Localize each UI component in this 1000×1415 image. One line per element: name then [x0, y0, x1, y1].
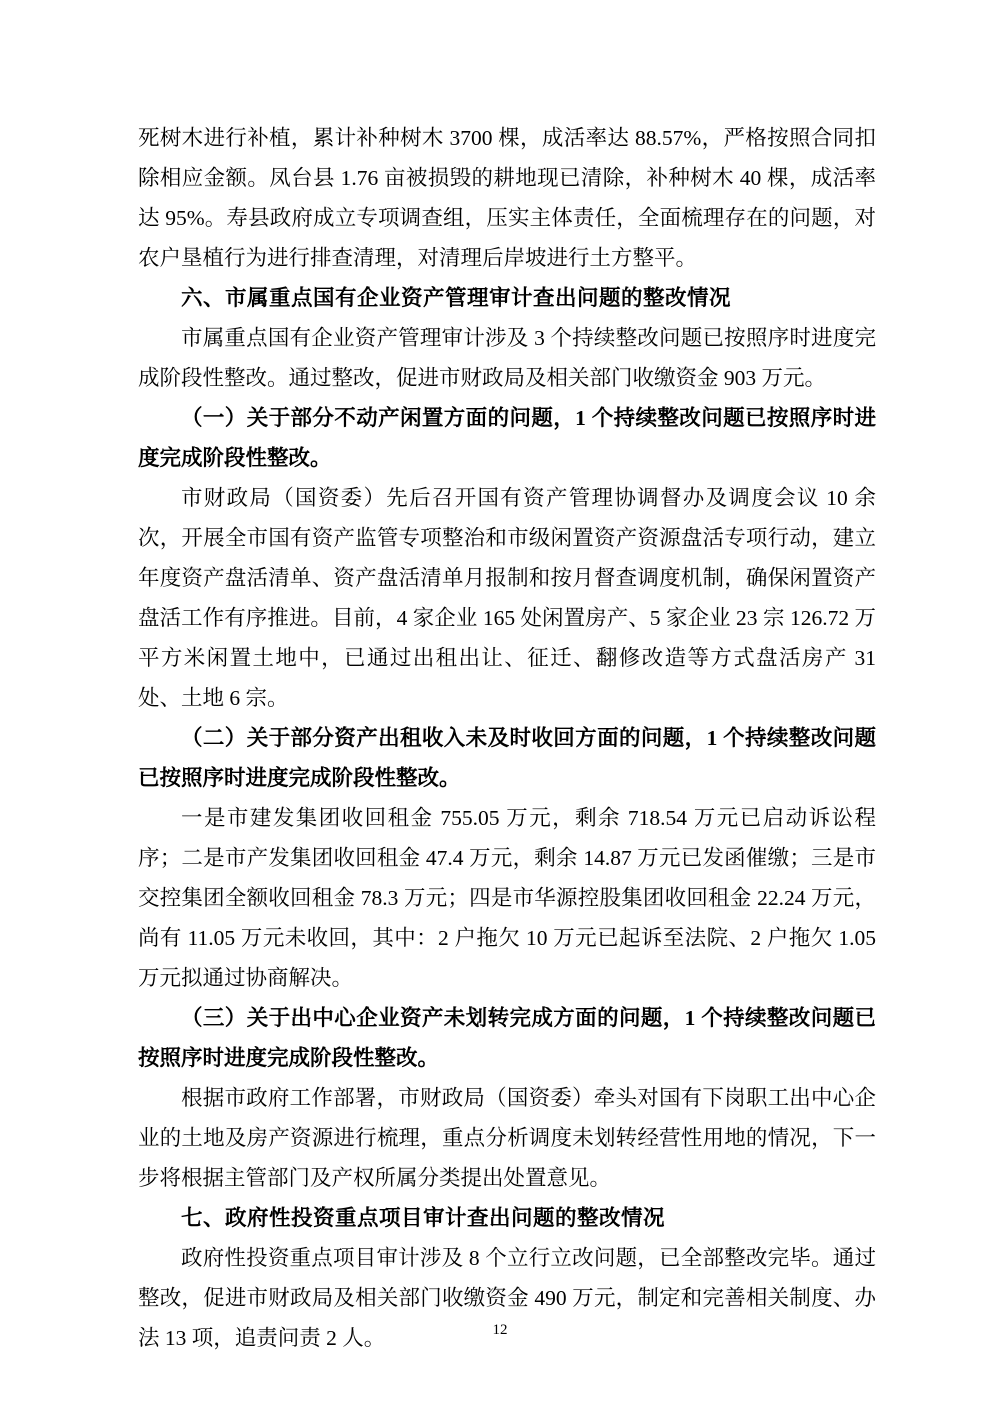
continuation-paragraph: 死树木进行补植，累计补种树木 3700 棵，成活率达 88.57%，严格按照合同… — [138, 118, 876, 278]
subsection-heading: （一）关于部分不动产闲置方面的问题，1 个持续整改问题已按照序时进度完成阶段性整… — [138, 398, 876, 478]
body-paragraph: 根据市政府工作部署，市财政局（国资委）牵头对国有下岗职工出中心企业的土地及房产资… — [138, 1078, 876, 1198]
section-heading: 六、市属重点国有企业资产管理审计查出问题的整改情况 — [138, 278, 876, 318]
subsection-heading: （三）关于出中心企业资产未划转完成方面的问题，1 个持续整改问题已按照序时进度完… — [138, 998, 876, 1078]
subsection-heading: （二）关于部分资产出租收入未及时收回方面的问题，1 个持续整改问题已按照序时进度… — [138, 718, 876, 798]
body-paragraph: 市属重点国有企业资产管理审计涉及 3 个持续整改问题已按照序时进度完成阶段性整改… — [138, 318, 876, 398]
document-body: 死树木进行补植，累计补种树木 3700 棵，成活率达 88.57%，严格按照合同… — [138, 118, 876, 1358]
body-paragraph: 市财政局（国资委）先后召开国有资产管理协调督办及调度会议 10 余次，开展全市国… — [138, 478, 876, 718]
page-number: 12 — [0, 1320, 1000, 1340]
body-paragraph: 政府性投资重点项目审计涉及 8 个立行立改问题，已全部整改完毕。通过整改，促进市… — [138, 1238, 876, 1358]
section-heading: 七、政府性投资重点项目审计查出问题的整改情况 — [138, 1198, 876, 1238]
document-page: 死树木进行补植，累计补种树木 3700 棵，成活率达 88.57%，严格按照合同… — [0, 0, 1000, 1415]
body-paragraph: 一是市建发集团收回租金 755.05 万元，剩余 718.54 万元已启动诉讼程… — [138, 798, 876, 998]
